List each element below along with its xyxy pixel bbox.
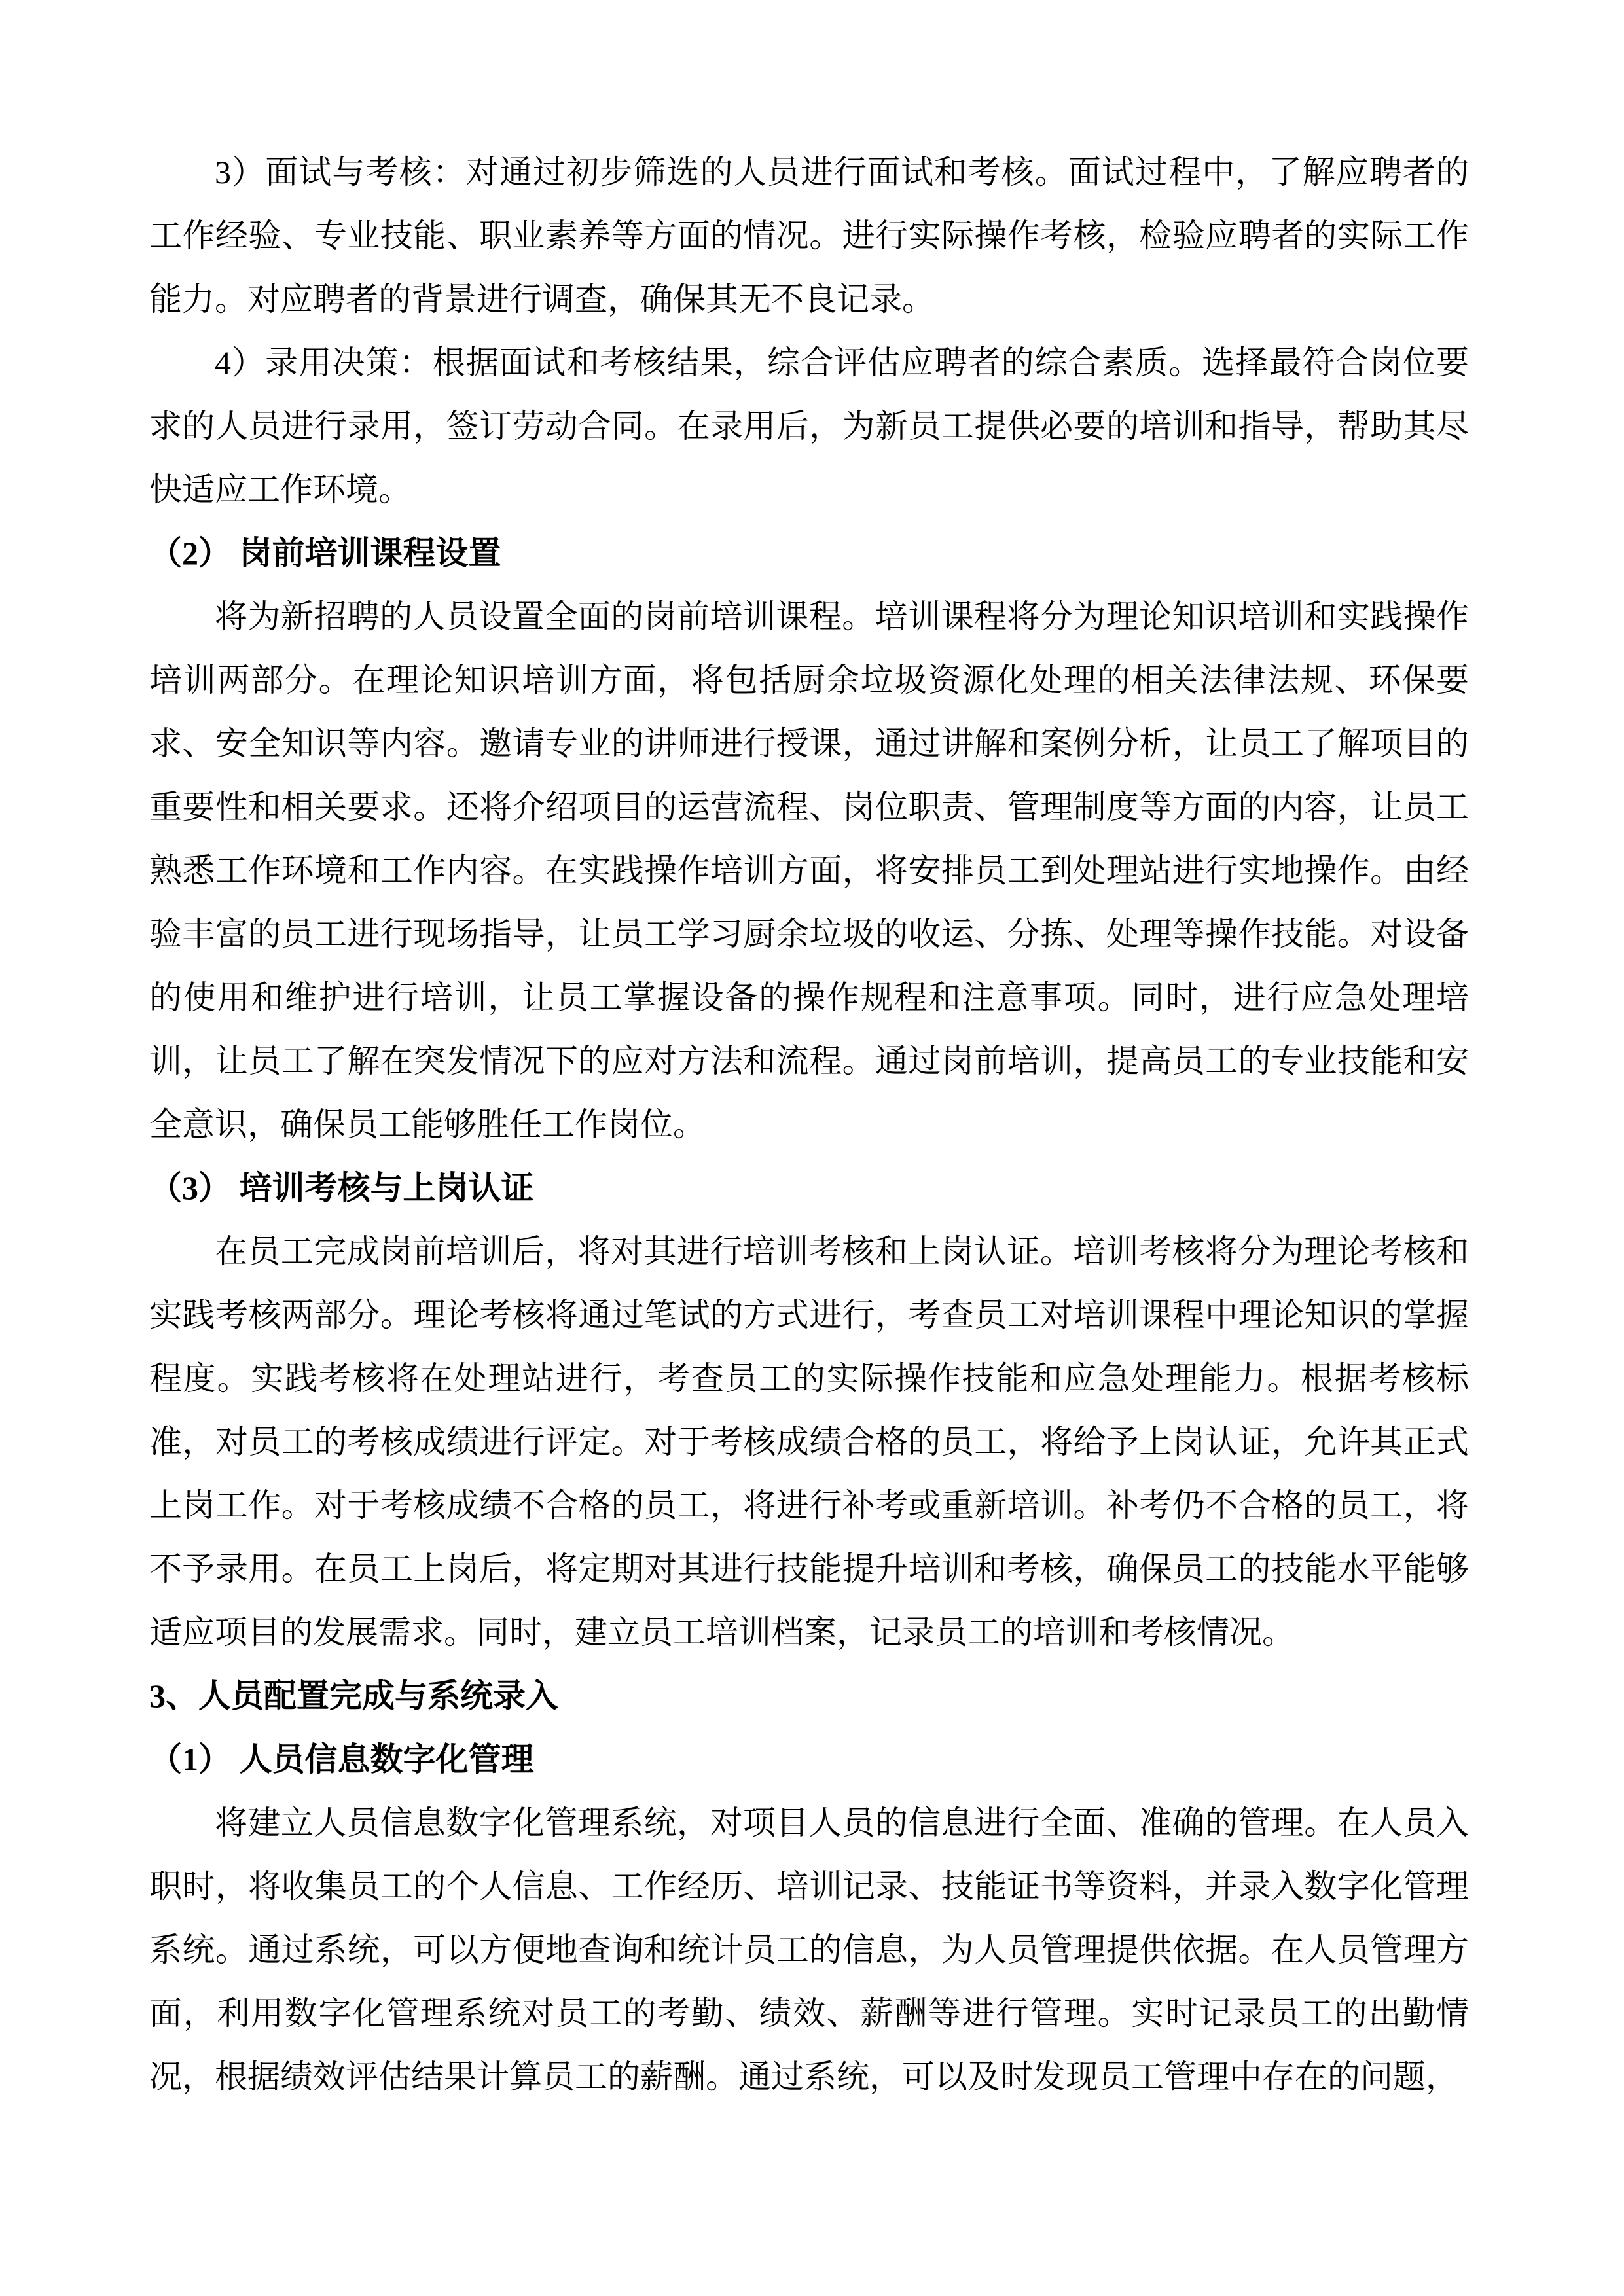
paragraph-personnel-digital-management: 将建立人员信息数字化管理系统，对项目人员的信息进行全面、准确的管理。在人员入职时… (149, 1791, 1469, 2109)
paragraph-training-assessment: 在员工完成岗前培训后，将对其进行培训考核和上岗认证。培训考核将分为理论考核和实践… (149, 1220, 1469, 1664)
paragraph-hiring-decision: 4）录用决策：根据面试和考核结果，综合评估应聘者的综合素质。选择最符合岗位要求的… (149, 331, 1469, 522)
paragraph-interview-assessment: 3）面试与考核：对通过初步筛选的人员进行面试和考核。面试过程中，了解应聘者的工作… (149, 141, 1469, 331)
document-page: 3）面试与考核：对通过初步筛选的人员进行面试和考核。面试过程中，了解应聘者的工作… (0, 0, 1624, 2296)
heading-pre-job-training-courses: （2） 岗前培训课程设置 (149, 522, 1469, 585)
heading-personnel-digital-management: （1） 人员信息数字化管理 (149, 1728, 1469, 1791)
heading-training-assessment-certification: （3） 培训考核与上岗认证 (149, 1157, 1469, 1220)
heading-staffing-system-entry: 3、人员配置完成与系统录入 (149, 1664, 1469, 1728)
paragraph-pre-job-training: 将为新招聘的人员设置全面的岗前培训课程。培训课程将分为理论知识培训和实践操作培训… (149, 585, 1469, 1157)
